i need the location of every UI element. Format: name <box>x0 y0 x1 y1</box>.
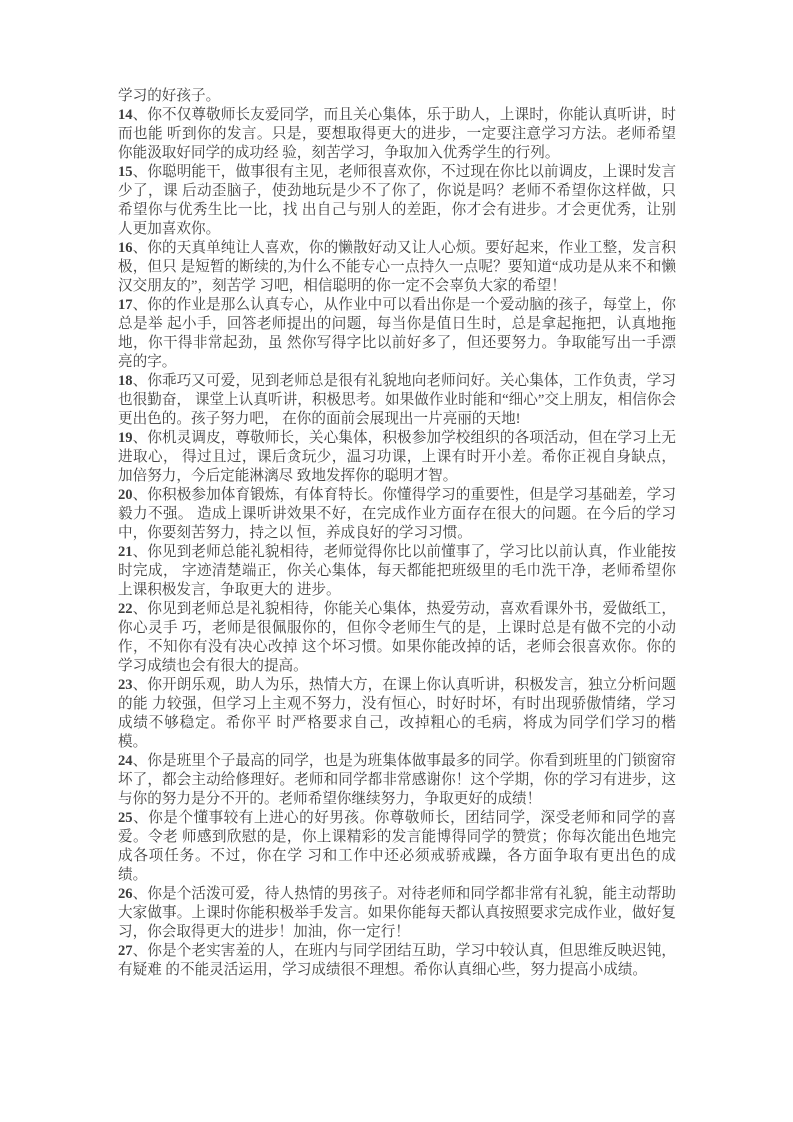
comment-text: 你乖巧又可爱，见到老师总是很有礼貌地向老师问好。关心集体，工作负责，学习也很勤奋… <box>118 373 676 427</box>
carryover-text: 学习的好孩子。 <box>118 88 220 104</box>
comment-paragraph-24: 24、你是班里个子最高的同学，也是为班集体做事最多的同学。你看到班里的门锁窗帘坏… <box>118 752 676 809</box>
comment-text: 你是个活泼可爱，待人热情的男孩子。对待老师和同学都非常有礼貌，能主动帮助大家做事… <box>118 886 676 940</box>
comment-paragraph-27: 27、你是个老实害羞的人，在班内与同学团结互助，学习中较认真，但思维反映迟钝，有… <box>118 942 676 980</box>
number-separator: 、 <box>133 297 148 313</box>
comment-paragraph-20: 20、你积极参加体育锻炼，有体育特长。你懂得学习的重要性，但是学习基础差，学习毅… <box>118 486 676 543</box>
number-separator: 、 <box>133 810 149 826</box>
comment-number: 14 <box>118 107 133 123</box>
comment-number: 17 <box>118 297 133 313</box>
comment-number: 15 <box>118 164 133 180</box>
comment-text: 你见到老师总能礼貌相待，老师觉得你比以前懂事了，学习比以前认真，作业能按时完成，… <box>118 544 676 598</box>
comment-number: 20 <box>118 487 133 503</box>
comment-paragraph-18: 18、你乖巧又可爱，见到老师总是很有礼貌地向老师问好。关心集体，工作负责，学习也… <box>118 372 676 429</box>
comment-number: 16 <box>118 240 133 256</box>
comment-paragraph-14: 14、你不仅尊敬师长友爱同学，而且关心集体，乐于助人，上课时，你能认真听讲，时而… <box>118 106 676 163</box>
number-separator: 、 <box>133 886 148 902</box>
carryover-line: 学习的好孩子。 <box>118 87 676 106</box>
comment-text: 你的作业是那么认真专心，从作业中可以看出你是一个爱动脑的孩子，每堂上，你总是举 … <box>118 297 676 370</box>
number-separator: 、 <box>133 373 148 389</box>
comment-paragraph-16: 16、你的天真单纯让人喜欢，你的懒散好动又让人心烦。要好起来，作业工整，发言积极… <box>118 239 676 296</box>
comment-number: 19 <box>118 430 133 446</box>
comment-number: 24 <box>118 753 133 769</box>
comment-paragraph-21: 21、你见到老师总能礼貌相待，老师觉得你比以前懂事了，学习比以前认真，作业能按时… <box>118 543 676 600</box>
comment-paragraph-23: 23、你开朗乐观，助人为乐，热情大方，在课上你认真听讲，积极发言，独立分析问题的… <box>118 676 676 752</box>
comment-text: 你聪明能干，做事很有主见，老师很喜欢你，不过现在你比以前调皮，上课时发言少了，课… <box>118 164 676 237</box>
comment-number: 23 <box>118 677 133 693</box>
comment-paragraph-19: 19、你机灵调皮，尊敬师长，关心集体，积极参加学校组织的各项活动，但在学习上无进… <box>118 429 676 486</box>
number-separator: 、 <box>133 240 148 256</box>
comment-text: 你见到老师总是礼貌相待，你能关心集体，热爱劳动，喜欢看课外书，爱做纸工，你心灵手… <box>118 601 676 674</box>
number-separator: 、 <box>133 164 148 180</box>
comment-text: 你不仅尊敬师长友爱同学，而且关心集体，乐于助人，上课时，你能认真听讲，时而也能 … <box>118 107 676 161</box>
comment-number: 18 <box>118 373 133 389</box>
comment-text: 你开朗乐观，助人为乐，热情大方，在课上你认真听讲，积极发言，独立分析问题的能 力… <box>118 677 676 750</box>
number-separator: 、 <box>133 107 148 123</box>
comment-text: 你是个老实害羞的人，在班内与同学团结互助，学习中较认真，但思维反映迟钝，有疑难 … <box>118 943 676 978</box>
number-separator: 、 <box>133 430 148 446</box>
document-page: 学习的好孩子。 14、你不仅尊敬师长友爱同学，而且关心集体，乐于助人，上课时，你… <box>118 87 676 980</box>
comment-paragraph-15: 15、你聪明能干，做事很有主见，老师很喜欢你，不过现在你比以前调皮，上课时发言少… <box>118 163 676 239</box>
comment-number: 22 <box>118 601 133 617</box>
comment-text: 你的天真单纯让人喜欢，你的懒散好动又让人心烦。要好起来，作业工整，发言积极，但只… <box>118 240 676 294</box>
comment-number: 25 <box>118 810 133 826</box>
comment-paragraph-25: 25、你是个懂事较有上进心的好男孩。你尊敬师长，团结同学，深受老师和同学的喜爱。… <box>118 809 676 885</box>
comment-paragraph-17: 17、你的作业是那么认真专心，从作业中可以看出你是一个爱动脑的孩子，每堂上，你总… <box>118 296 676 372</box>
number-separator: 、 <box>133 544 148 560</box>
number-separator: 、 <box>133 753 148 769</box>
comment-number: 27 <box>118 943 133 959</box>
number-separator: 、 <box>133 487 148 503</box>
comment-text: 你是个懂事较有上进心的好男孩。你尊敬师长，团结同学，深受老师和同学的喜爱。令老 … <box>118 810 676 883</box>
comment-text: 你积极参加体育锻炼，有体育特长。你懂得学习的重要性，但是学习基础差，学习毅力不强… <box>118 487 676 541</box>
number-separator: 、 <box>133 677 148 693</box>
comment-text: 你机灵调皮，尊敬师长，关心集体，积极参加学校组织的各项活动，但在学习上无进取心，… <box>118 430 676 484</box>
comment-number: 26 <box>118 886 133 902</box>
comment-number: 21 <box>118 544 133 560</box>
number-separator: 、 <box>133 943 148 959</box>
comment-paragraph-26: 26、你是个活泼可爱，待人热情的男孩子。对待老师和同学都非常有礼貌，能主动帮助大… <box>118 885 676 942</box>
comment-paragraph-22: 22、你见到老师总是礼貌相待，你能关心集体，热爱劳动，喜欢看课外书，爱做纸工，你… <box>118 600 676 676</box>
comment-text: 你是班里个子最高的同学，也是为班集体做事最多的同学。你看到班里的门锁窗帘坏了，都… <box>118 753 676 807</box>
number-separator: 、 <box>133 601 148 617</box>
